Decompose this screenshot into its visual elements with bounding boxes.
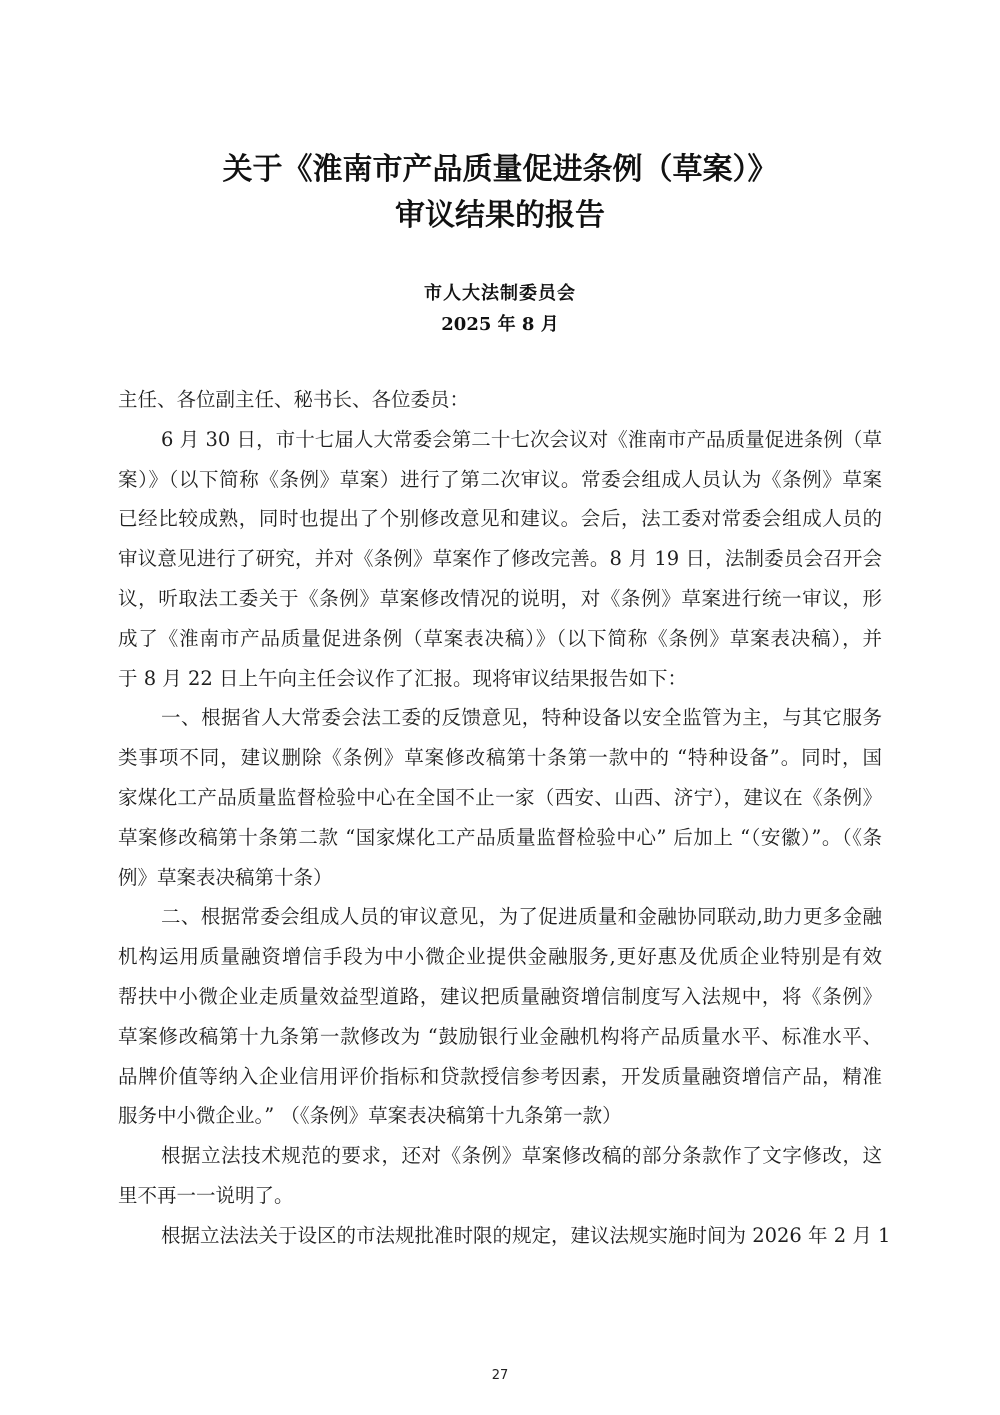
text-line: 家煤化工产品质量监督检验中心在全国不止一家（西安、山西、济宁），建议在《条例》 [118,778,882,818]
document-body: 主任、各位副主任、秘书长、各位委员： 6 月 30 日，市十七届人大常委会第二十… [118,380,882,1256]
text-line: 服务中小微企业。” （《条例》草案表决稿第十九条第一款） [118,1096,882,1136]
paragraph-item-1: 一、根据省人大常委会法工委的反馈意见，特种设备以安全监管为主，与其它服务 类事项… [118,698,882,897]
text-line: 于 8 月 22 日上午向主任会议作了汇报。现将审议结果报告如下： [118,659,882,699]
document-date: 2025 年 8 月 [0,313,1000,337]
text-line: 6 月 30 日，市十七届人大常委会第二十七次会议对《淮南市产品质量促进条例（草 [118,420,882,460]
text-line: 审议意见进行了研究，并对《条例》草案作了修改完善。8 月 19 日，法制委员会召… [118,539,882,579]
text-line: 根据立法技术规范的要求，还对《条例》草案修改稿的部分条款作了文字修改，这 [118,1136,882,1176]
text-line: 议，听取法工委关于《条例》草案修改情况的说明，对《条例》草案进行统一审议，形 [118,579,882,619]
author-organization: 市人大法制委员会 [0,282,1000,306]
document-page: 关于《淮南市产品质量促进条例（草案）》 审议结果的报告 市人大法制委员会 202… [0,0,1000,1415]
text-line: 一、根据省人大常委会法工委的反馈意见，特种设备以安全监管为主，与其它服务 [118,698,882,738]
text-line: 草案修改稿第十九条第一款修改为 “鼓励银行业金融机构将产品质量水平、标准水平、 [118,1017,882,1057]
salutation: 主任、各位副主任、秘书长、各位委员： [118,380,882,420]
text-line: 已经比较成熟，同时也提出了个别修改意见和建议。会后，法工委对常委会组成人员的 [118,499,882,539]
text-line: 案）》（以下简称《条例》草案）进行了第二次审议。常委会组成人员认为《条例》草案 [118,460,882,500]
document-title-line-2: 审议结果的报告 [0,196,1000,236]
text-line: 草案修改稿第十条第二款 “国家煤化工产品质量监督检验中心” 后加上 “（安徽）”… [118,818,882,858]
text-line: 类事项不同，建议删除《条例》草案修改稿第十条第一款中的 “特种设备”。同时，国 [118,738,882,778]
paragraph-technical-norms: 根据立法技术规范的要求，还对《条例》草案修改稿的部分条款作了文字修改，这 里不再… [118,1136,882,1216]
paragraph-intro: 6 月 30 日，市十七届人大常委会第二十七次会议对《淮南市产品质量促进条例（草… [118,420,882,699]
document-title-line-1: 关于《淮南市产品质量促进条例（草案）》 [0,150,1000,190]
text-line: 例》草案表决稿第十条） [118,858,882,898]
text-line: 根据立法法关于设区的市法规批准时限的规定，建议法规实施时间为 2026 年 2 … [118,1216,882,1256]
text-line: 品牌价值等纳入企业信用评价指标和贷款授信参考因素，开发质量融资增信产品，精准 [118,1057,882,1097]
text-line: 成了《淮南市产品质量促进条例（草案表决稿）》（以下简称《条例》草案表决稿），并 [118,619,882,659]
text-line: 里不再一一说明了。 [118,1176,882,1216]
text-line: 二、根据常委会组成人员的审议意见，为了促进质量和金融协同联动,助力更多金融 [118,897,882,937]
text-line: 机构运用质量融资增信手段为中小微企业提供金融服务,更好惠及优质企业特别是有效 [118,937,882,977]
paragraph-effective-date: 根据立法法关于设区的市法规批准时限的规定，建议法规实施时间为 2026 年 2 … [118,1216,882,1256]
page-number: 27 [0,1368,1000,1383]
text-line: 帮扶中小微企业走质量效益型道路，建议把质量融资增信制度写入法规中，将《条例》 [118,977,882,1017]
paragraph-item-2: 二、根据常委会组成人员的审议意见，为了促进质量和金融协同联动,助力更多金融 机构… [118,897,882,1136]
